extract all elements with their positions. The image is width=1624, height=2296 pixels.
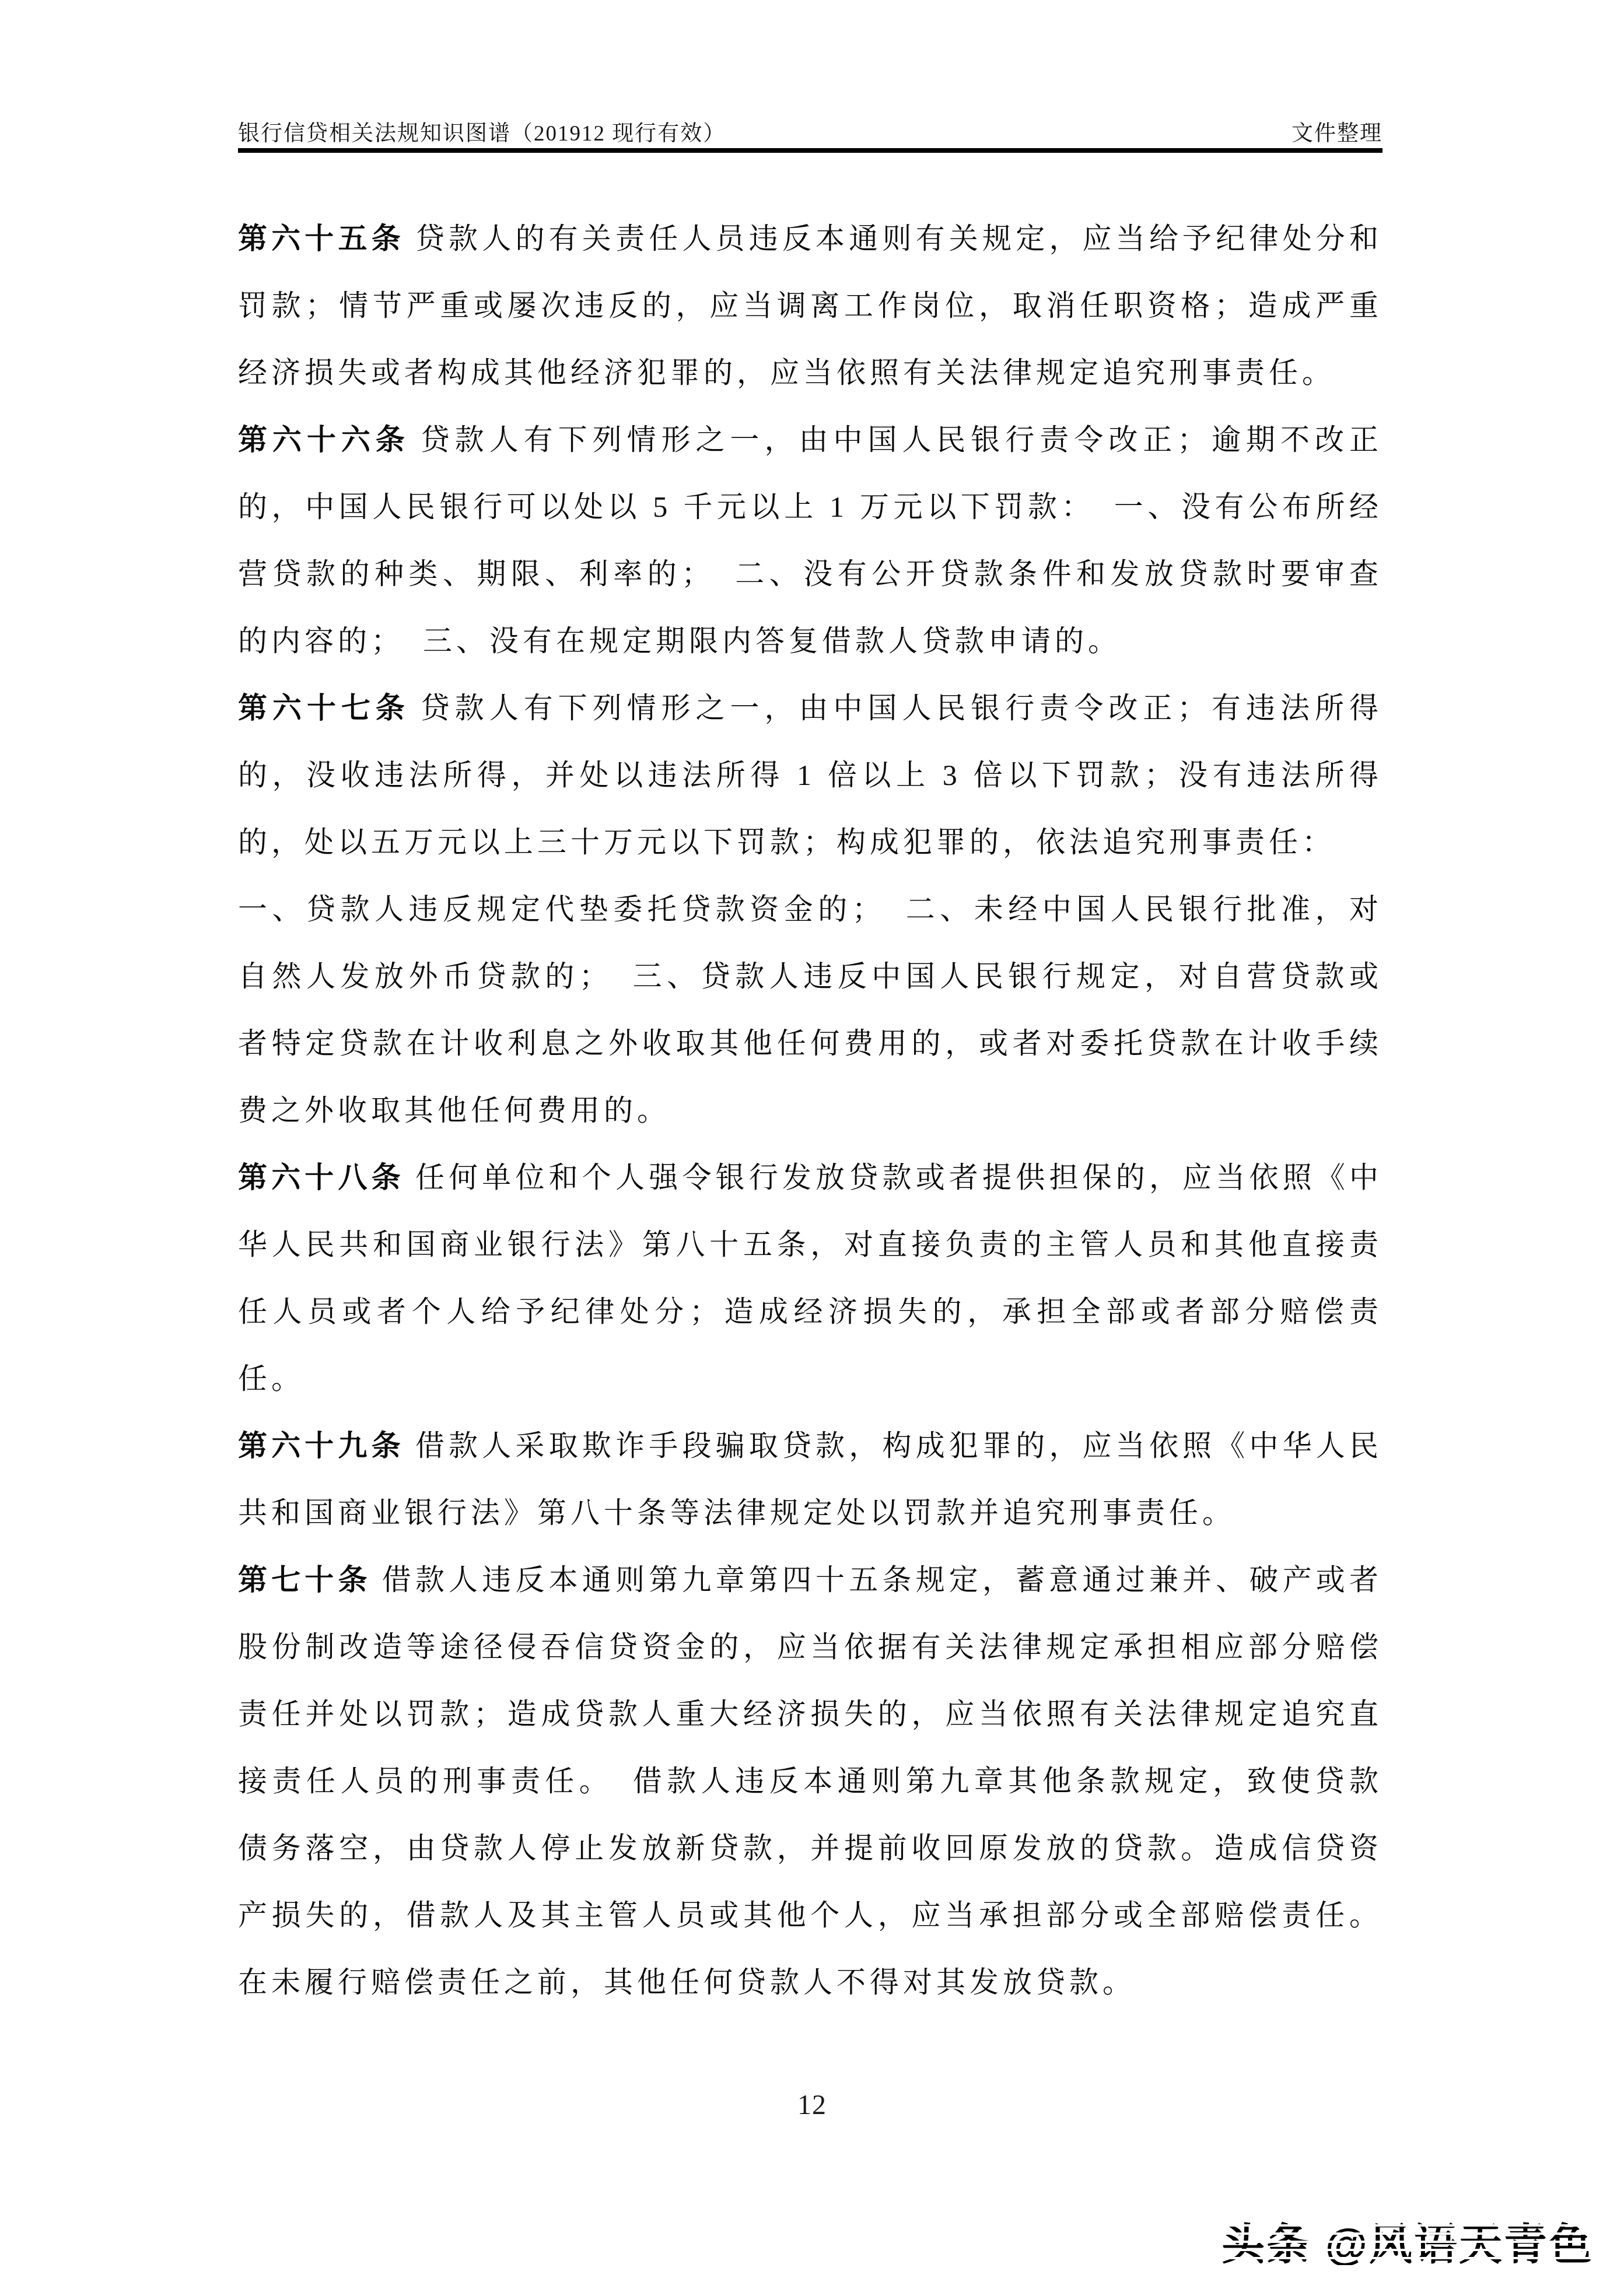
article-text: 贷款人有下列情形之一，由中国人民银行责令改正；逾期不改正的，中国人民银行可以处以… (238, 423, 1382, 657)
document-body: 第六十五条贷款人的有关责任人员违反本通则有关规定，应当给予纪律处分和罚款；情节严… (238, 205, 1382, 2016)
article-paragraph: 第七十条借款人违反本通则第九章第四十五条规定，蓄意通过兼并、破产或者股份制改造等… (238, 1547, 1382, 2016)
article-text: 借款人采取欺诈手段骗取贷款，构成犯罪的，应当依照《中华人民共和国商业银行法》第八… (238, 1429, 1382, 1529)
document-page: { "header": { "left_title": "银行信贷相关法规知识图… (0, 0, 1624, 2296)
article-paragraph: 第六十九条借款人采取欺诈手段骗取贷款，构成犯罪的，应当依照《中华人民共和国商业银… (238, 1412, 1382, 1547)
article-text: 借款人违反本通则第九章第四十五条规定，蓄意通过兼并、破产或者股份制改造等途径侵吞… (238, 1564, 1382, 1999)
article-paragraph: 第六十六条贷款人有下列情形之一，由中国人民银行责令改正；逾期不改正的，中国人民银… (238, 406, 1382, 675)
article-number: 第六十九条 (238, 1429, 405, 1462)
article-number: 第六十五条 (238, 222, 405, 255)
article-text: 一、贷款人违反规定代垫委托贷款资金的； 二、未经中国人民银行批准，对自然人发放外… (238, 893, 1382, 1127)
article-paragraph: 第六十五条贷款人的有关责任人员违反本通则有关规定，应当给予纪律处分和罚款；情节严… (238, 205, 1382, 406)
page-number: 12 (0, 2089, 1624, 2121)
watermark-text: 头条 @风语天青色 (1221, 2210, 1594, 2272)
header-divider-rule (238, 148, 1382, 153)
header-right-label: 文件整理 (1291, 115, 1382, 147)
page-header: 银行信贷相关法规知识图谱（201912 现行有效） 文件整理 (238, 115, 1382, 147)
article-paragraph: 一、贷款人违反规定代垫委托贷款资金的； 二、未经中国人民银行批准，对自然人发放外… (238, 876, 1382, 1144)
article-text: 贷款人的有关责任人员违反本通则有关规定，应当给予纪律处分和罚款；情节严重或屡次违… (238, 222, 1382, 389)
article-text: 任何单位和个人强令银行发放贷款或者提供担保的，应当依照《中华人民共和国商业银行法… (238, 1161, 1382, 1395)
article-number: 第六十八条 (238, 1161, 405, 1194)
article-paragraph: 第六十八条任何单位和个人强令银行发放贷款或者提供担保的，应当依照《中华人民共和国… (238, 1144, 1382, 1412)
article-number: 第六十七条 (238, 692, 410, 724)
header-title: 银行信贷相关法规知识图谱（201912 现行有效） (238, 115, 726, 147)
article-paragraph: 第六十七条贷款人有下列情形之一，由中国人民银行责令改正；有违法所得的，没收违法所… (238, 675, 1382, 876)
article-number: 第六十六条 (238, 423, 410, 456)
article-number: 第七十条 (238, 1564, 372, 1596)
